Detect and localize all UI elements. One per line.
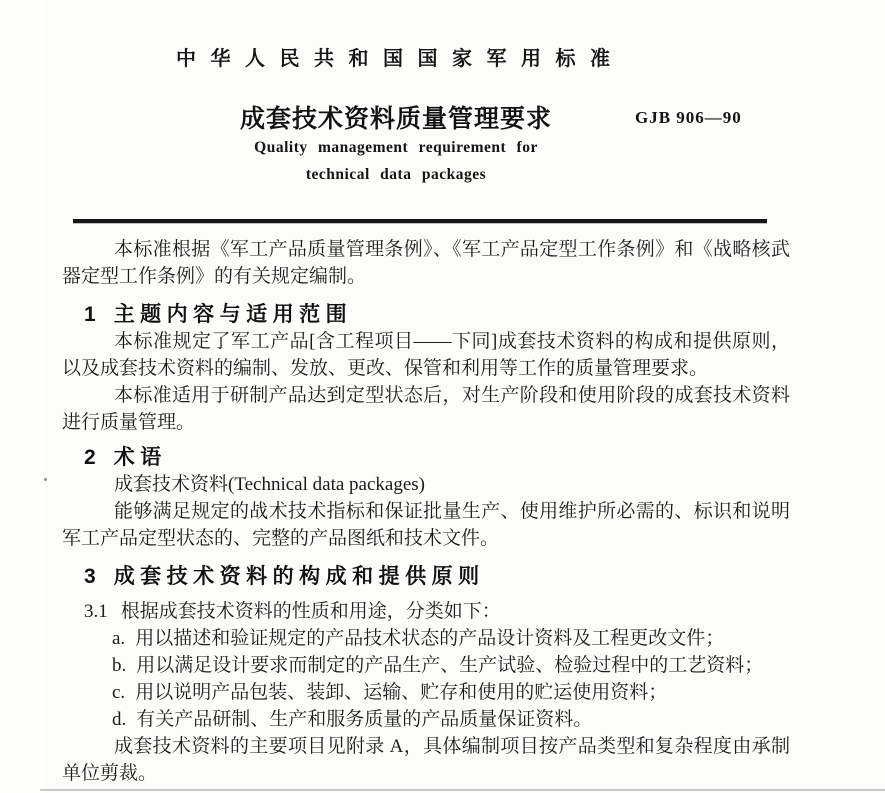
- clause-3-1-number: 3.1: [84, 601, 108, 622]
- bottom-scan-line: [40, 789, 885, 791]
- closing-paragraph: 成套技术资料的主要项目见附录 A，具体编制项目按产品类型和复杂程度由承制单位剪裁…: [62, 733, 790, 787]
- list-item-b: b.用以满足设计要求而制定的产品生产、生产试验、检验过程中的工艺资料；: [62, 652, 790, 679]
- standard-class-heading: 中华人民共和国国家军用标准: [176, 42, 625, 71]
- scan-speck: [44, 478, 47, 481]
- list-item-b-marker: b.: [112, 655, 126, 676]
- section-1-number: 1: [84, 303, 96, 326]
- standard-number: GJB 906—90: [635, 108, 742, 128]
- section-1-paragraph-2: 本标准适用于研制产品达到定型状态后，对生产阶段和使用阶段的成套技术资料进行质量管…: [62, 382, 790, 436]
- list-item-a: a.用以描述和验证规定的产品技术状态的产品设计资料及工程更改文件；: [62, 625, 790, 652]
- section-3-number: 3: [84, 565, 96, 588]
- list-item-a-marker: a.: [112, 628, 125, 649]
- section-1-heading-text: 主题内容与适用范围: [114, 303, 353, 326]
- list-item-c-marker: c.: [112, 682, 125, 703]
- list-item-d: d.有关产品研制、生产和服务质量的产品质量保证资料。: [62, 706, 790, 733]
- section-2-heading-text: 术语: [114, 446, 167, 469]
- list-item-a-text: 用以描述和验证规定的产品技术状态的产品设计资料及工程更改文件；: [135, 628, 724, 649]
- section-1-paragraph-1: 本标准规定了军工产品[含工程项目——下同]成套技术资料的构成和提供原则，以及成套…: [62, 328, 790, 382]
- document-title: 成套技术资料质量管理要求: [240, 99, 552, 135]
- list-item-d-text: 有关产品研制、生产和服务质量的产品质量保证资料。: [136, 709, 592, 730]
- english-title-line2: technical data packages: [0, 166, 792, 184]
- list-item-d-marker: d.: [112, 709, 126, 730]
- section-2-heading: 2术语: [62, 444, 790, 471]
- english-title-line1: Quality management requirement for: [0, 139, 792, 157]
- section-2-number: 2: [84, 446, 96, 469]
- term-definition-paragraph: 能够满足规定的战术技术指标和保证批量生产、使用维护所必需的、标识和说明军工产品定…: [62, 498, 790, 552]
- clause-3-1-text: 根据成套技术资料的性质和用途，分类如下：: [121, 601, 501, 622]
- section-1-heading: 1主题内容与适用范围: [62, 301, 790, 328]
- list-item-c: c.用以说明产品包装、装卸、运输、贮存和使用的贮运使用资料；: [62, 679, 790, 706]
- scan-left-margin: [0, 0, 46, 793]
- list-item-c-text: 用以说明产品包装、装卸、运输、贮存和使用的贮运使用资料；: [135, 682, 667, 703]
- preamble-paragraph: 本标准根据《军工产品质量管理条例》、《军工产品定型工作条例》和《战略核武器定型工…: [62, 236, 790, 290]
- document-body: 本标准根据《军工产品质量管理条例》、《军工产品定型工作条例》和《战略核武器定型工…: [62, 236, 790, 787]
- scanned-standard-page: 中华人民共和国国家军用标准 成套技术资料质量管理要求 GJB 906—90 Qu…: [0, 0, 885, 793]
- section-3-heading: 3成套技术资料的构成和提供原则: [62, 563, 790, 590]
- term-line: 成套技术资料(Technical data packages): [62, 471, 790, 498]
- header-rule: [73, 219, 767, 223]
- section-3-heading-text: 成套技术资料的构成和提供原则: [114, 565, 485, 588]
- clause-3-1: 3.1根据成套技术资料的性质和用途，分类如下：: [62, 598, 790, 625]
- list-item-b-text: 用以满足设计要求而制定的产品生产、生产试验、检验过程中的工艺资料；: [136, 655, 763, 676]
